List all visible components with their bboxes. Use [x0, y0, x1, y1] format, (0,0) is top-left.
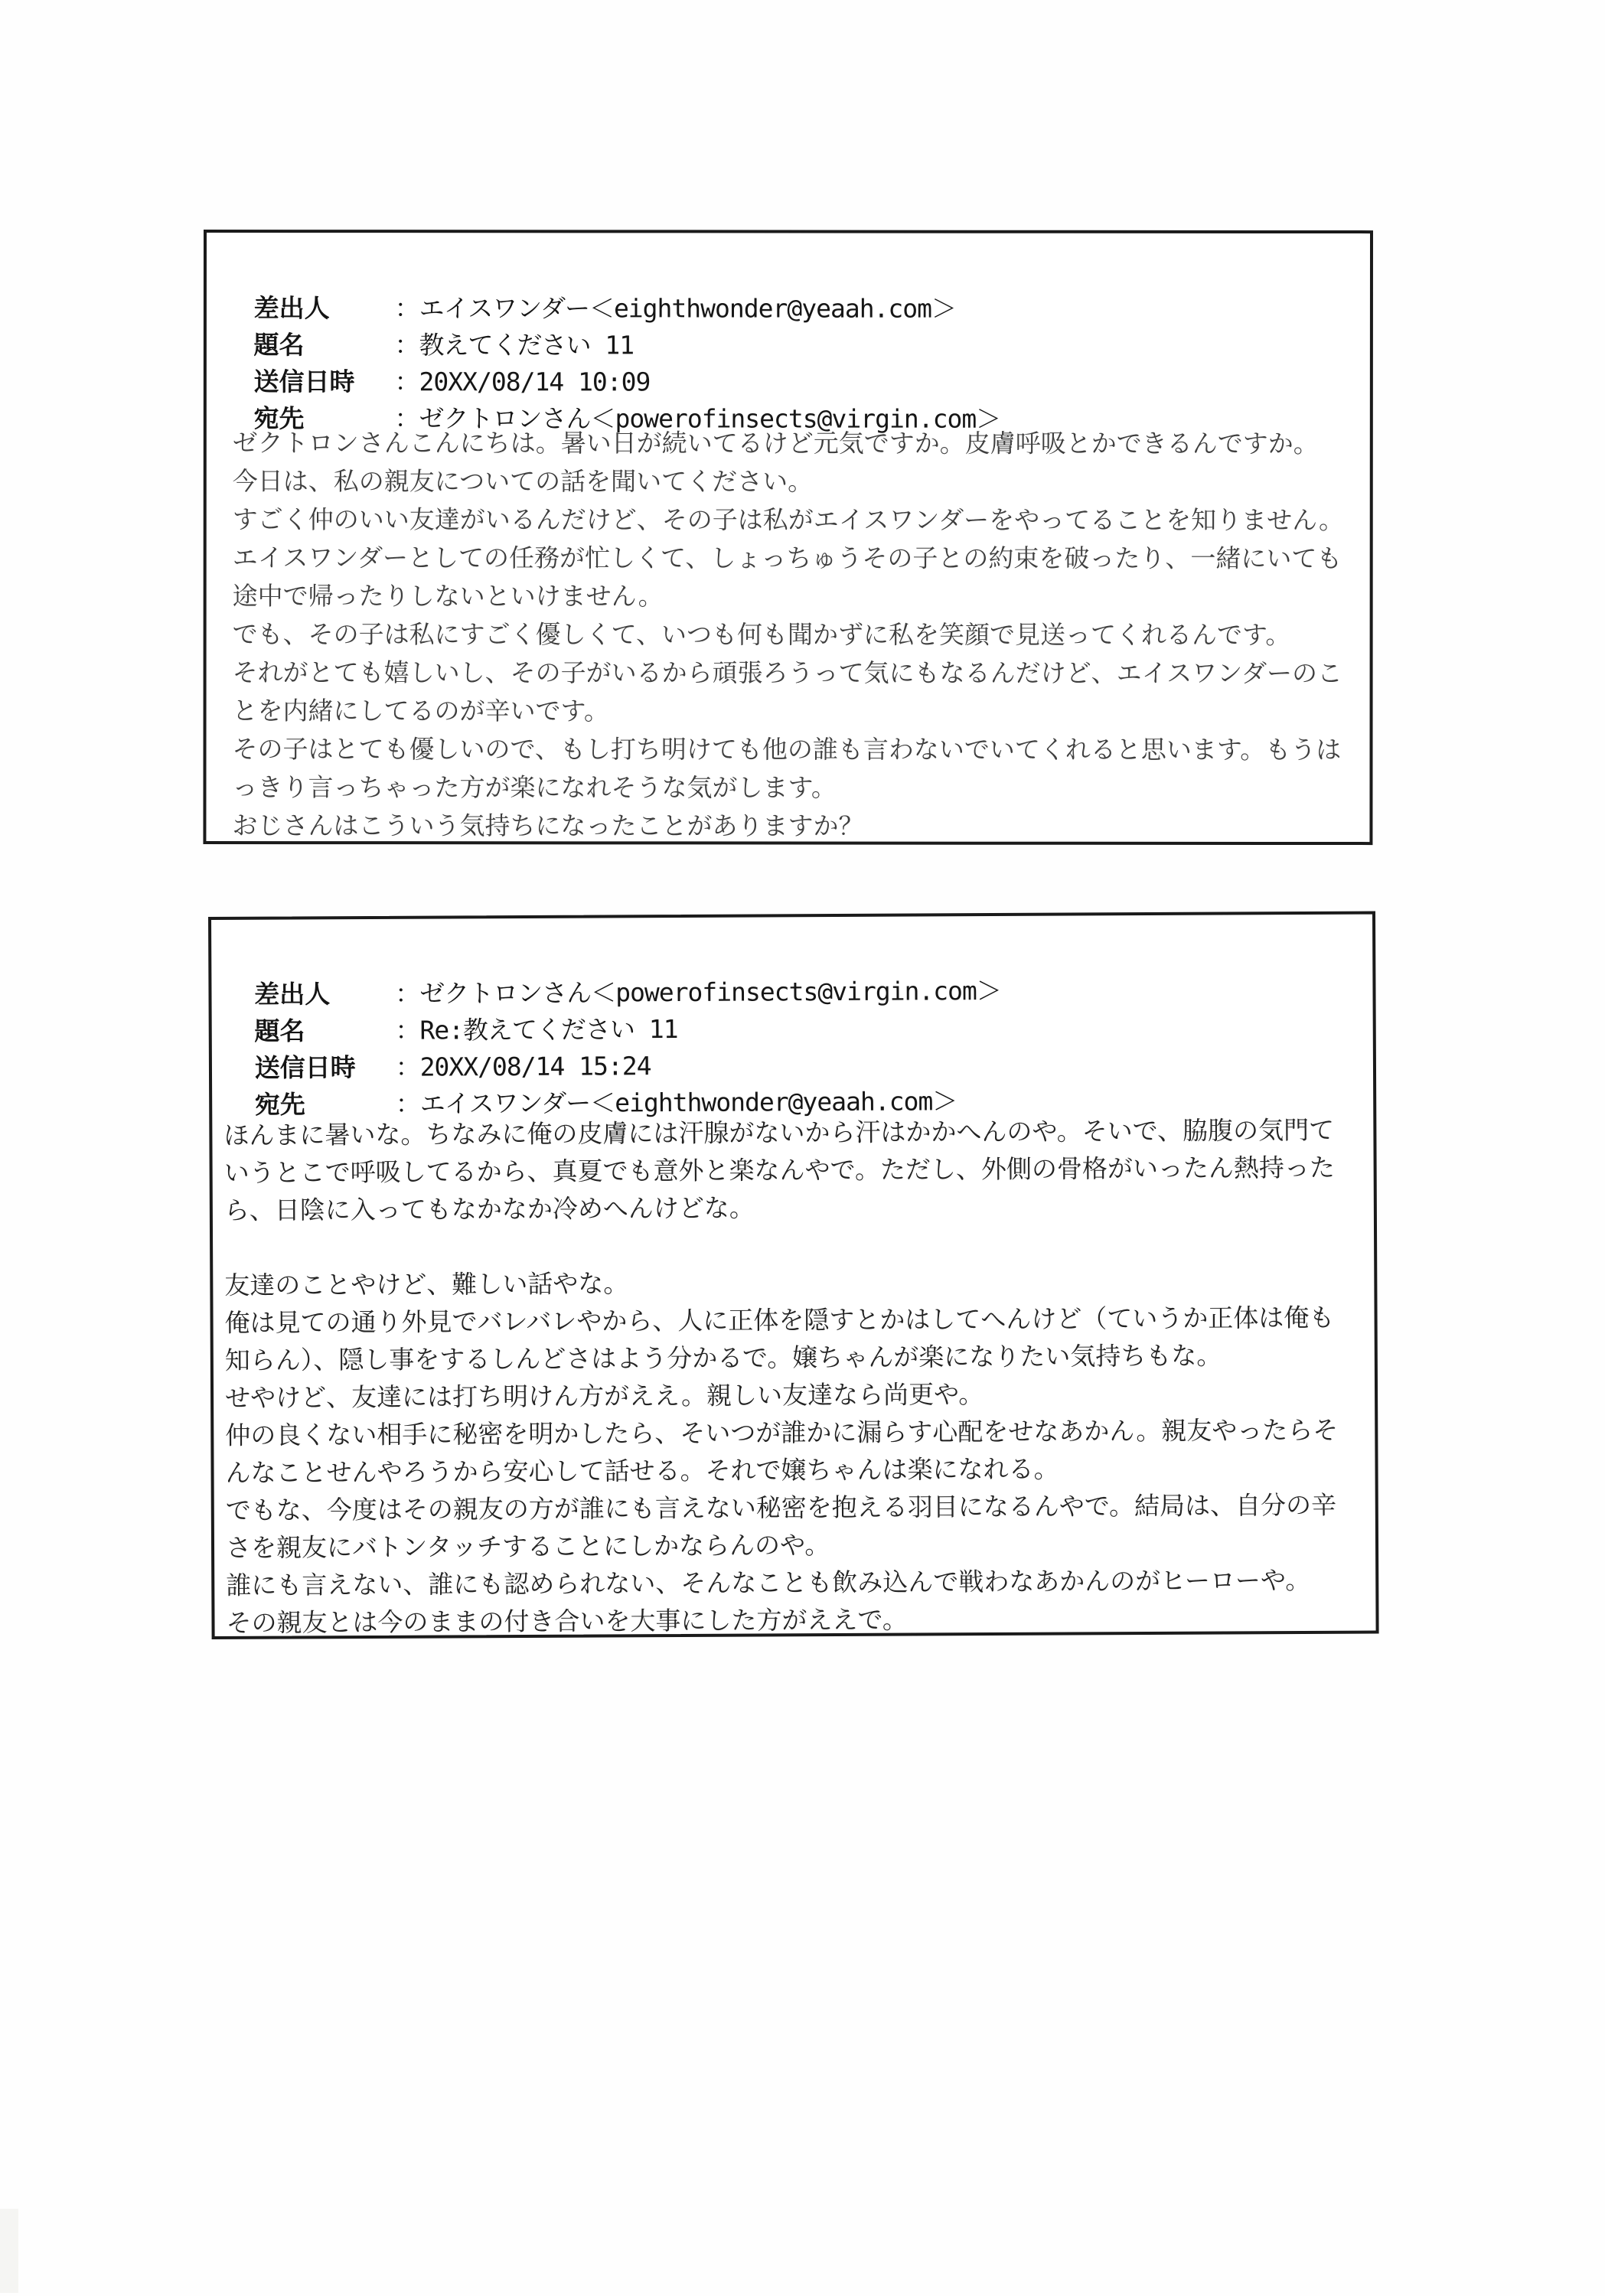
email-1-header-row-from: 差出人：エイスワンダー＜eighthwonder@yeaah.com＞	[233, 253, 1370, 291]
from-value: ：エイスワンダー＜eighthwonder@yeaah.com＞	[395, 293, 956, 324]
body-line: っきり言っちゃった方が楽になれそうな気がします。	[232, 769, 1369, 808]
email-1-headers: 差出人：エイスワンダー＜eighthwonder@yeaah.com＞ 題名：教…	[207, 233, 1370, 401]
subject-label: 題名	[254, 327, 395, 364]
from-value: ：ゼクトロンさん＜powerofinsects@virgin.com＞	[395, 976, 1001, 1009]
from-label: 差出人	[254, 976, 395, 1013]
scanned-page: { "email_1": { "headers": { "from_label"…	[0, 0, 1605, 2296]
email-2-header-row-from: 差出人：ゼクトロンさん＜powerofinsects@virgin.com＞	[233, 934, 1372, 977]
email-1-box: 差出人：エイスワンダー＜eighthwonder@yeaah.com＞ 題名：教…	[203, 230, 1373, 845]
email-2-body: ほんまに暑いな。ちなみに俺の皮膚には汗腺がないから汗はかかへんのや。そいで、脇腹…	[212, 1111, 1375, 1642]
body-line: ゼクトロンさんこんにちは。暑い日が続いてるけど元気ですか。皮膚呼吸とかできるんで…	[233, 425, 1370, 464]
from-label: 差出人	[254, 290, 395, 327]
body-line: 誰にも言えない、誰にも認められない、そんなことも飲み込んで戦わなあかんのがヒーロ…	[226, 1561, 1375, 1604]
subject-value: ：Re:教えてください 11	[395, 1014, 677, 1045]
date-label: 送信日時	[254, 364, 395, 400]
body-line: 知らん）、隠し事をするしんどさはよう分かるで。嬢ちゃんが楽になりたい気持ちもな。	[225, 1336, 1375, 1379]
body-line: いうとこで呼吸してるから、真夏でも意外と楽なんやで。ただし、外側の骨格がいったん…	[224, 1149, 1374, 1192]
body-line: 俺は見ての通り外見でバレバレやから、人に正体を隠すとかはしてへんけど（ていうか正…	[224, 1299, 1374, 1342]
body-line: その親友とは今のままの付き合いを大事にした方がええで。	[226, 1599, 1375, 1642]
body-line: せやけど、友達には打ち明けん方がええ。親しい友達なら尚更や。	[225, 1374, 1375, 1417]
scan-edge-artifact	[0, 2292, 1605, 2296]
date-label: 送信日時	[255, 1049, 396, 1087]
body-line: すごく仲のいい友達がいるんだけど、その子は私がエイスワンダーをやってることを知り…	[233, 501, 1370, 540]
email-2-box: 差出人：ゼクトロンさん＜powerofinsects@virgin.com＞ 題…	[208, 912, 1379, 1639]
subject-label: 題名	[254, 1013, 395, 1050]
subject-value: ：教えてください 11	[395, 330, 634, 360]
body-line: でも、その子は私にすごく優しくて、いつも何も聞かずに私を笑顔で見送ってくれるんで…	[233, 616, 1370, 655]
body-line	[224, 1224, 1374, 1267]
body-line: ほんまに暑いな。ちなみに俺の皮膚には汗腺がないから汗はかかへんのや。そいで、脇腹…	[223, 1111, 1373, 1154]
body-line: んなことせんやろうから安心して話せる。それで嬢ちゃんは楽になれる。	[225, 1449, 1375, 1492]
date-value: ：20XX/08/14 15:24	[396, 1051, 651, 1082]
body-line: エイスワンダーとしての任務が忙しくて、しょっちゅうその子との約束を破ったり、一緒…	[233, 540, 1370, 579]
body-line: ら、日陰に入ってもなかなか冷めへんけどな。	[224, 1186, 1374, 1229]
body-line: それがとても嬉しいし、その子がいるから頑張ろうって気にもなるんだけど、エイスワン…	[233, 654, 1370, 693]
email-2-headers: 差出人：ゼクトロンさん＜powerofinsects@virgin.com＞ 題…	[211, 915, 1373, 1087]
body-line: 途中で帰ったりしないといけません。	[233, 578, 1370, 617]
email-1-body: ゼクトロンさんこんにちは。暑い日が続いてるけど元気ですか。皮膚呼吸とかできるんで…	[206, 425, 1369, 846]
scan-corner-artifact	[0, 2209, 18, 2293]
body-line: 仲の良くない相手に秘密を明かしたら、そいつが誰かに漏らす心配をせなあかん。親友や…	[225, 1411, 1375, 1454]
body-line: 友達のことやけど、難しい話やな。	[224, 1261, 1374, 1304]
body-line: おじさんはこういう気持ちになったことがありますか？	[232, 807, 1369, 846]
body-line: さを親友にバトンタッチすることにしかならんのや。	[226, 1524, 1375, 1567]
date-value: ：20XX/08/14 10:09	[395, 367, 651, 396]
body-line: とを内緒にしてるのが辛いです。	[233, 693, 1370, 732]
body-line: その子はとても優しいので、もし打ち明けても他の誰も言わないでいてくれると思います…	[233, 731, 1370, 770]
body-line: 今日は、私の親友についての話を聞いてください。	[233, 463, 1370, 502]
body-line: でもな、今度はその親友の方が誰にも言えない秘密を抱える羽目になるんやで。結局は、…	[226, 1486, 1375, 1529]
